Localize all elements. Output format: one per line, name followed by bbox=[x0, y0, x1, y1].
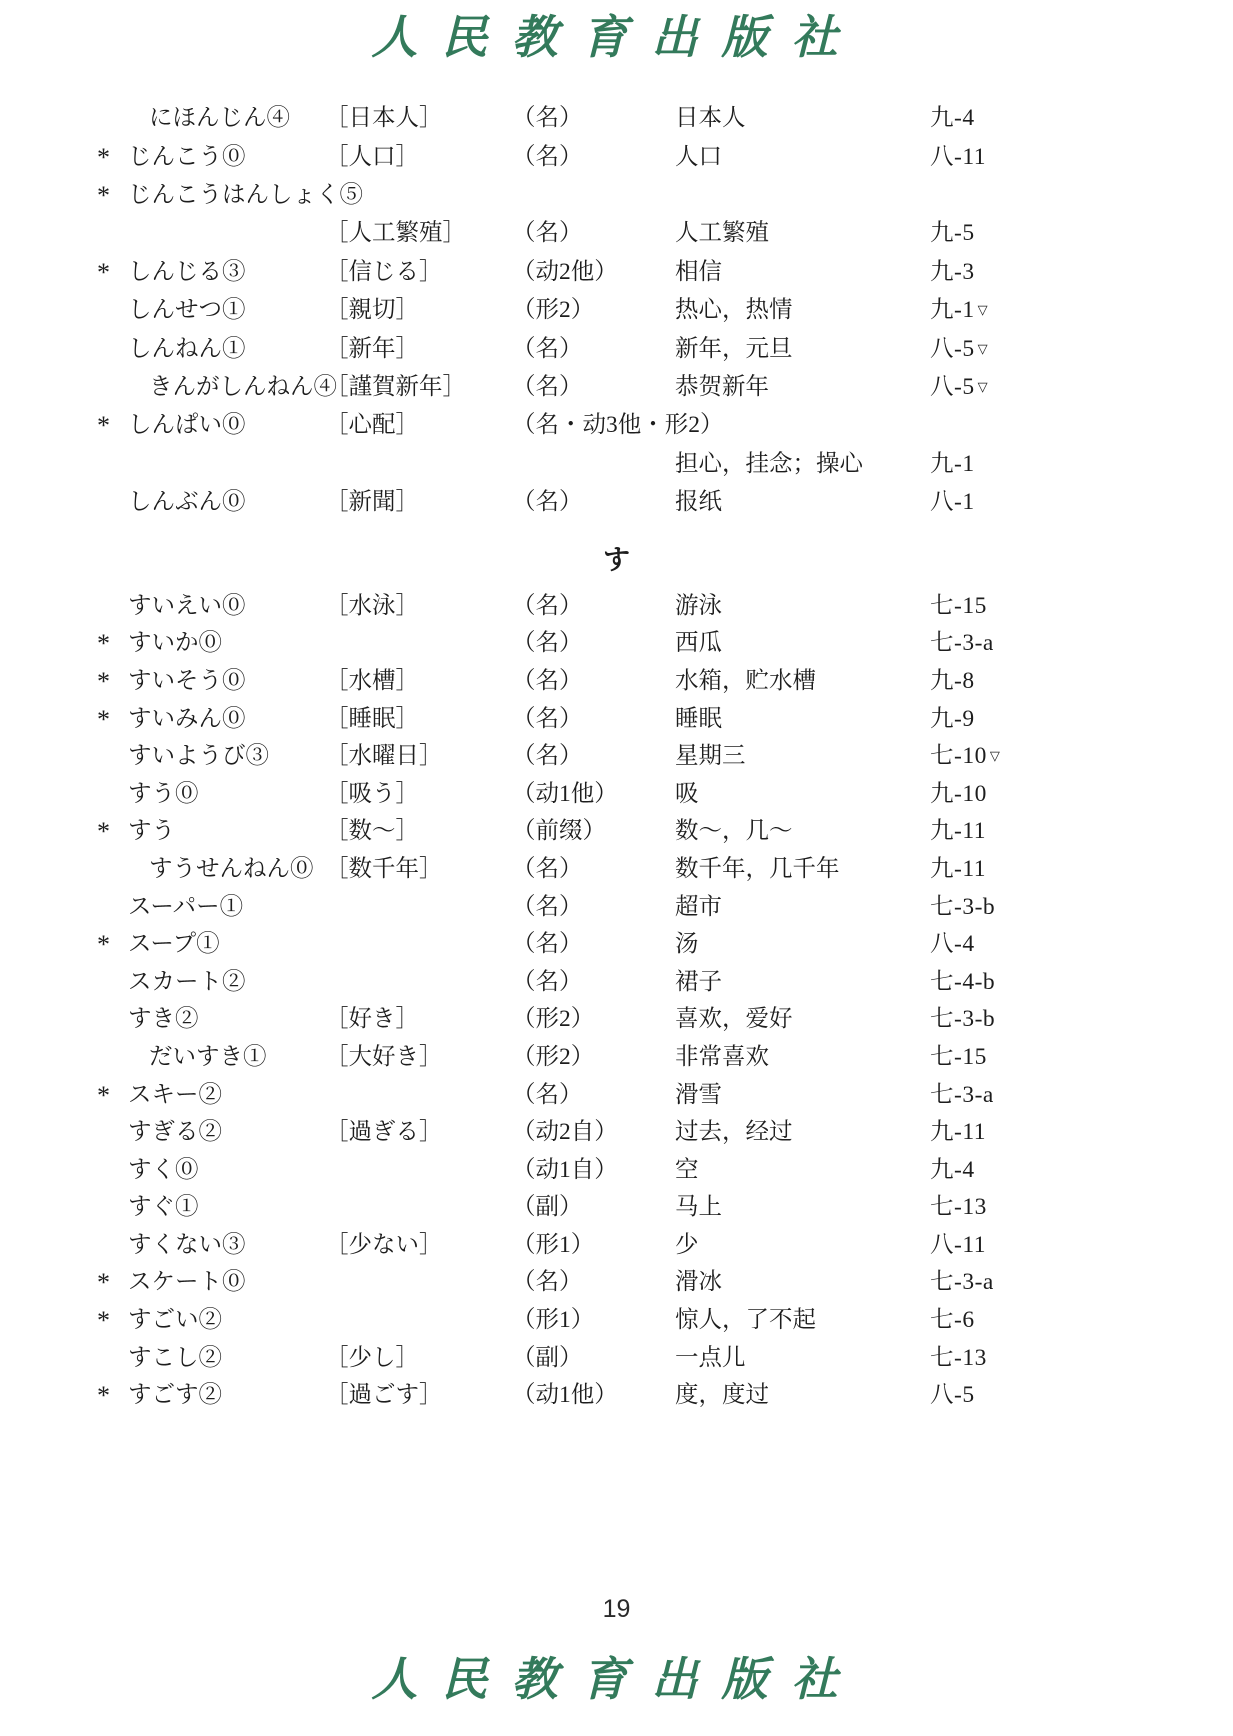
lesson-reference: 七-6 bbox=[930, 1300, 1136, 1334]
part-of-speech: （名） bbox=[512, 482, 675, 516]
lesson-reference: 九-1 bbox=[930, 444, 1136, 478]
chinese-meaning: 喜欢，爱好 bbox=[675, 999, 930, 1033]
lesson-reference: 九-9 bbox=[930, 699, 1136, 733]
part-of-speech: （名） bbox=[512, 924, 675, 958]
vocab-row: * スキー② （名） 滑雪 七-3-a bbox=[97, 1073, 1136, 1111]
chinese-meaning: 睡眠 bbox=[675, 699, 930, 733]
chinese-meaning: 恭贺新年 bbox=[675, 367, 930, 401]
lesson-reference: 八-11 bbox=[930, 1225, 1136, 1259]
vocab-list-shi-section: にほんじん④ ［日本人］ （名） 日本人 九-4 * じんこう⓪ ［人口］ （名… bbox=[97, 96, 1136, 518]
lesson-reference: 七-3-b bbox=[930, 999, 1136, 1033]
lesson-reference: 七-4-b bbox=[930, 962, 1136, 996]
word-reading-kana: じんこうはんしょく⑤ bbox=[128, 175, 325, 209]
common-word-asterisk: * bbox=[97, 143, 128, 173]
lesson-reference: 七-3-a bbox=[930, 1262, 1136, 1296]
chinese-meaning: 空 bbox=[675, 1150, 930, 1184]
word-kanji: ［少し］ bbox=[325, 1338, 512, 1372]
word-kanji: ［水泳］ bbox=[325, 586, 512, 620]
vocab-row: スカート② （名） 裙子 七-4-b bbox=[97, 960, 1136, 998]
word-kanji: ［謹賀新年］ bbox=[325, 367, 512, 401]
common-word-asterisk: * bbox=[97, 930, 128, 960]
part-of-speech: （名） bbox=[512, 661, 675, 695]
vocab-row: しんせつ① ［親切］ （形2） 热心，热情 九-1▽ bbox=[97, 288, 1136, 326]
part-of-speech: （名） bbox=[512, 137, 675, 171]
chinese-meaning: 人工繁殖 bbox=[675, 213, 930, 247]
vocab-row: * すいみん⓪ ［睡眠］ （名） 睡眠 九-9 bbox=[97, 697, 1136, 735]
word-reading-kana: すぐ① bbox=[128, 1187, 325, 1221]
vocab-row: * しんじる③ ［信じる］ （动2他） 相信 九-3 bbox=[97, 250, 1136, 288]
vocab-row: すう⓪ ［吸う］ （动1他） 吸 九-10 bbox=[97, 772, 1136, 810]
vocab-row: すいえい⓪ ［水泳］ （名） 游泳 七-15 bbox=[97, 584, 1136, 622]
word-reading-kana: スケート⓪ bbox=[128, 1262, 325, 1296]
chinese-meaning: 数～，几～ bbox=[675, 811, 930, 845]
part-of-speech: （动2他） bbox=[512, 252, 675, 286]
lesson-reference: 九-11 bbox=[930, 849, 1136, 883]
publisher-logo-top: 人民教育出版社 bbox=[0, 8, 1233, 68]
vocab-row: * スープ① （名） 汤 八-4 bbox=[97, 922, 1136, 960]
word-kanji: ［人工繁殖］ bbox=[325, 213, 512, 247]
part-of-speech: （名） bbox=[512, 623, 675, 657]
part-of-speech: （名） bbox=[512, 367, 675, 401]
chinese-meaning: 过去，经过 bbox=[675, 1112, 930, 1146]
lesson-reference: 九-3 bbox=[930, 252, 1136, 286]
vocab-row: すうせんねん⓪ ［数千年］ （名） 数千年，几千年 九-11 bbox=[97, 847, 1136, 885]
chinese-meaning: 水箱，贮水槽 bbox=[675, 661, 930, 695]
word-reading-kana: すう bbox=[128, 811, 325, 845]
word-kanji: ［新聞］ bbox=[325, 482, 512, 516]
word-reading-kana: すこし② bbox=[128, 1338, 325, 1372]
word-reading-kana: きんがしんねん④ bbox=[128, 367, 325, 401]
part-of-speech: （动2自） bbox=[512, 1112, 675, 1146]
word-kanji: ［少ない］ bbox=[325, 1225, 512, 1259]
chinese-meaning: 日本人 bbox=[675, 98, 930, 132]
vocab-row: すぎる② ［過ぎる］ （动2自） 过去，经过 九-11 bbox=[97, 1110, 1136, 1148]
chinese-meaning: 热心，热情 bbox=[675, 290, 930, 324]
lesson-reference: 八-5▽ bbox=[930, 329, 1136, 363]
word-reading-kana: だいすき① bbox=[128, 1037, 325, 1071]
word-kanji: ［人口］ bbox=[325, 137, 512, 171]
part-of-speech: （名） bbox=[512, 213, 675, 247]
chinese-meaning: 惊人，了不起 bbox=[675, 1300, 930, 1334]
vocab-row: ［人工繁殖］ （名） 人工繁殖 九-5 bbox=[97, 211, 1136, 249]
chinese-meaning: 人口 bbox=[675, 137, 930, 171]
part-of-speech: （名） bbox=[512, 98, 675, 132]
vocab-row: だいすき① ［大好き］ （形2） 非常喜欢 七-15 bbox=[97, 1035, 1136, 1073]
section-header-su: す bbox=[0, 538, 1233, 582]
vocab-row: * すごす② ［過ごす］ （动1他） 度，度过 八-5 bbox=[97, 1373, 1136, 1411]
part-of-speech: （形1） bbox=[512, 1300, 675, 1334]
word-reading-kana: すいえい⓪ bbox=[128, 586, 325, 620]
lesson-reference: 七-13 bbox=[930, 1338, 1136, 1372]
word-kanji: ［吸う］ bbox=[325, 774, 512, 808]
vocab-row: すぐ① （副） 马上 七-13 bbox=[97, 1186, 1136, 1224]
chinese-meaning: 一点儿 bbox=[675, 1338, 930, 1372]
vocab-row: * スケート⓪ （名） 滑冰 七-3-a bbox=[97, 1261, 1136, 1299]
vocab-row: * じんこうはんしょく⑤ bbox=[97, 173, 1136, 211]
word-kanji: ［日本人］ bbox=[325, 98, 512, 132]
word-kanji: ［数～］ bbox=[325, 811, 512, 845]
vocab-row: きんがしんねん④ ［謹賀新年］ （名） 恭贺新年 八-5▽ bbox=[97, 365, 1136, 403]
chinese-meaning: 担心，挂念；操心 bbox=[675, 444, 930, 478]
part-of-speech: （形2） bbox=[512, 1037, 675, 1071]
lesson-reference: 八-11 bbox=[930, 137, 1136, 171]
part-of-speech: （名） bbox=[512, 329, 675, 363]
word-reading-kana: すいか⓪ bbox=[128, 623, 325, 657]
vocab-list-su-section: すいえい⓪ ［水泳］ （名） 游泳 七-15 * すいか⓪ （名） 西瓜 七-3… bbox=[97, 584, 1136, 1411]
vocab-row: * すいそう⓪ ［水槽］ （名） 水箱，贮水槽 九-8 bbox=[97, 659, 1136, 697]
chinese-meaning: 相信 bbox=[675, 252, 930, 286]
lesson-reference: 九-4 bbox=[930, 98, 1136, 132]
word-kanji: ［信じる］ bbox=[325, 252, 512, 286]
vocab-row: すいようび③ ［水曜日］ （名） 星期三 七-10▽ bbox=[97, 734, 1136, 772]
triangle-mark: ▽ bbox=[978, 379, 989, 394]
word-kanji: ［大好き］ bbox=[325, 1037, 512, 1071]
lesson-reference: 九-4 bbox=[930, 1150, 1136, 1184]
word-kanji: ［過ぎる］ bbox=[325, 1112, 512, 1146]
part-of-speech: （名） bbox=[512, 1262, 675, 1296]
chinese-meaning: 非常喜欢 bbox=[675, 1037, 930, 1071]
lesson-reference: 九-11 bbox=[930, 811, 1136, 845]
lesson-reference: 九-11 bbox=[930, 1112, 1136, 1146]
lesson-reference: 七-15 bbox=[930, 1037, 1136, 1071]
word-reading-kana: スカート② bbox=[128, 962, 325, 996]
part-of-speech: （名） bbox=[512, 586, 675, 620]
vocab-row: スーパー① （名） 超市 七-3-b bbox=[97, 885, 1136, 923]
word-reading-kana: すくない③ bbox=[128, 1225, 325, 1259]
publisher-logo-bottom: 人民教育出版社 bbox=[0, 1650, 1233, 1710]
chinese-meaning: 星期三 bbox=[675, 736, 930, 770]
chinese-meaning: 裙子 bbox=[675, 962, 930, 996]
chinese-meaning: 滑雪 bbox=[675, 1075, 930, 1109]
lesson-reference: 八-4 bbox=[930, 924, 1136, 958]
common-word-asterisk: * bbox=[97, 1306, 128, 1336]
word-reading-kana: すき② bbox=[128, 999, 325, 1033]
chinese-meaning: 吸 bbox=[675, 774, 930, 808]
vocab-row: すこし② ［少し］ （副） 一点儿 七-13 bbox=[97, 1336, 1136, 1374]
word-reading-kana: しんぱい⓪ bbox=[128, 405, 325, 439]
word-reading-kana: スキー② bbox=[128, 1075, 325, 1109]
vocab-row: すき② ［好き］ （形2） 喜欢，爱好 七-3-b bbox=[97, 998, 1136, 1036]
part-of-speech: （副） bbox=[512, 1338, 675, 1372]
lesson-reference: 九-1▽ bbox=[930, 290, 1136, 324]
chinese-meaning: 超市 bbox=[675, 887, 930, 921]
word-reading-kana: すいみん⓪ bbox=[128, 699, 325, 733]
lesson-reference: 九-10 bbox=[930, 774, 1136, 808]
vocab-row: * すいか⓪ （名） 西瓜 七-3-a bbox=[97, 622, 1136, 660]
vocab-row: しんぶん⓪ ［新聞］ （名） 报纸 八-1 bbox=[97, 480, 1136, 518]
vocab-row: すく⓪ （动1自） 空 九-4 bbox=[97, 1148, 1136, 1186]
vocab-row: 担心，挂念；操心 九-1 bbox=[97, 442, 1136, 480]
chinese-meaning: 数千年，几千年 bbox=[675, 849, 930, 883]
lesson-reference: 七-3-b bbox=[930, 887, 1136, 921]
triangle-mark: ▽ bbox=[978, 302, 989, 317]
lesson-reference: 八-5 bbox=[930, 1375, 1136, 1409]
chinese-meaning: 报纸 bbox=[675, 482, 930, 516]
word-reading-kana: しんじる③ bbox=[128, 252, 325, 286]
word-reading-kana: すう⓪ bbox=[128, 774, 325, 808]
chinese-meaning: 游泳 bbox=[675, 586, 930, 620]
word-kanji: ［睡眠］ bbox=[325, 699, 512, 733]
part-of-speech: （名） bbox=[512, 699, 675, 733]
lesson-reference: 九-8 bbox=[930, 661, 1136, 695]
part-of-speech: （副） bbox=[512, 1187, 675, 1221]
vocab-row: * すごい② （形1） 惊人，了不起 七-6 bbox=[97, 1298, 1136, 1336]
word-reading-kana: じんこう⓪ bbox=[128, 137, 325, 171]
common-word-asterisk: * bbox=[97, 667, 128, 697]
page-number: 19 bbox=[0, 1594, 1233, 1624]
part-of-speech: （动1自） bbox=[512, 1150, 675, 1184]
word-reading-kana: スーパー① bbox=[128, 887, 325, 921]
vocab-row: にほんじん④ ［日本人］ （名） 日本人 九-4 bbox=[97, 96, 1136, 134]
common-word-asterisk: * bbox=[97, 181, 128, 211]
lesson-reference: 七-3-a bbox=[930, 623, 1136, 657]
part-of-speech: （形2） bbox=[512, 999, 675, 1033]
word-kanji: ［新年］ bbox=[325, 329, 512, 363]
word-reading-kana: しんぶん⓪ bbox=[128, 482, 325, 516]
common-word-asterisk: * bbox=[97, 817, 128, 847]
word-kanji: ［好き］ bbox=[325, 999, 512, 1033]
part-of-speech: （名） bbox=[512, 736, 675, 770]
word-reading-kana: すぎる② bbox=[128, 1112, 325, 1146]
chinese-meaning: 度，度过 bbox=[675, 1375, 930, 1409]
common-word-asterisk: * bbox=[97, 705, 128, 735]
word-reading-kana: すごい② bbox=[128, 1300, 325, 1334]
chinese-meaning: 滑冰 bbox=[675, 1262, 930, 1296]
word-reading-kana: すいそう⓪ bbox=[128, 661, 325, 695]
vocab-row: * すう ［数～］ （前缀） 数～，几～ 九-11 bbox=[97, 810, 1136, 848]
part-of-speech: （名） bbox=[512, 849, 675, 883]
lesson-reference: 七-10▽ bbox=[930, 736, 1136, 770]
word-kanji: ［心配］ bbox=[325, 405, 512, 439]
vocab-row: すくない③ ［少ない］ （形1） 少 八-11 bbox=[97, 1223, 1136, 1261]
chinese-meaning: 少 bbox=[675, 1225, 930, 1259]
triangle-mark: ▽ bbox=[978, 341, 989, 356]
triangle-mark: ▽ bbox=[990, 748, 1001, 763]
lesson-reference: 七-15 bbox=[930, 586, 1136, 620]
word-kanji: ［親切］ bbox=[325, 290, 512, 324]
part-of-speech: （前缀） bbox=[512, 811, 675, 845]
word-reading-kana: すく⓪ bbox=[128, 1150, 325, 1184]
common-word-asterisk: * bbox=[97, 258, 128, 288]
lesson-reference: 八-5▽ bbox=[930, 367, 1136, 401]
part-of-speech: （形1） bbox=[512, 1225, 675, 1259]
word-reading-kana: にほんじん④ bbox=[128, 98, 325, 132]
part-of-speech: （名・动3他・形2） bbox=[512, 405, 675, 439]
word-kanji: ［過ごす］ bbox=[325, 1375, 512, 1409]
common-word-asterisk: * bbox=[97, 629, 128, 659]
vocab-row: しんねん① ［新年］ （名） 新年，元旦 八-5▽ bbox=[97, 326, 1136, 364]
vocab-row: * しんぱい⓪ ［心配］ （名・动3他・形2） bbox=[97, 403, 1136, 441]
part-of-speech: （动1他） bbox=[512, 774, 675, 808]
chinese-meaning: 西瓜 bbox=[675, 623, 930, 657]
common-word-asterisk: * bbox=[97, 1081, 128, 1111]
word-reading-kana: しんせつ① bbox=[128, 290, 325, 324]
word-reading-kana: スープ① bbox=[128, 924, 325, 958]
word-reading-kana: すうせんねん⓪ bbox=[128, 849, 325, 883]
lesson-reference: 九-5 bbox=[930, 213, 1136, 247]
common-word-asterisk: * bbox=[97, 411, 128, 441]
lesson-reference: 七-13 bbox=[930, 1187, 1136, 1221]
part-of-speech: （名） bbox=[512, 1075, 675, 1109]
word-reading-kana: すごす② bbox=[128, 1375, 325, 1409]
word-reading-kana: しんねん① bbox=[128, 329, 325, 363]
word-kanji: ［水槽］ bbox=[325, 661, 512, 695]
chinese-meaning: 汤 bbox=[675, 924, 930, 958]
common-word-asterisk: * bbox=[97, 1268, 128, 1298]
part-of-speech: （动1他） bbox=[512, 1375, 675, 1409]
lesson-reference: 七-3-a bbox=[930, 1075, 1136, 1109]
word-kanji: ［水曜日］ bbox=[325, 736, 512, 770]
word-kanji: ［数千年］ bbox=[325, 849, 512, 883]
common-word-asterisk: * bbox=[97, 1381, 128, 1411]
lesson-reference: 八-1 bbox=[930, 482, 1136, 516]
chinese-meaning: 新年，元旦 bbox=[675, 329, 930, 363]
word-reading-kana: すいようび③ bbox=[128, 736, 325, 770]
chinese-meaning: 马上 bbox=[675, 1187, 930, 1221]
part-of-speech: （形2） bbox=[512, 290, 675, 324]
part-of-speech: （名） bbox=[512, 962, 675, 996]
vocab-row: * じんこう⓪ ［人口］ （名） 人口 八-11 bbox=[97, 134, 1136, 172]
part-of-speech: （名） bbox=[512, 887, 675, 921]
